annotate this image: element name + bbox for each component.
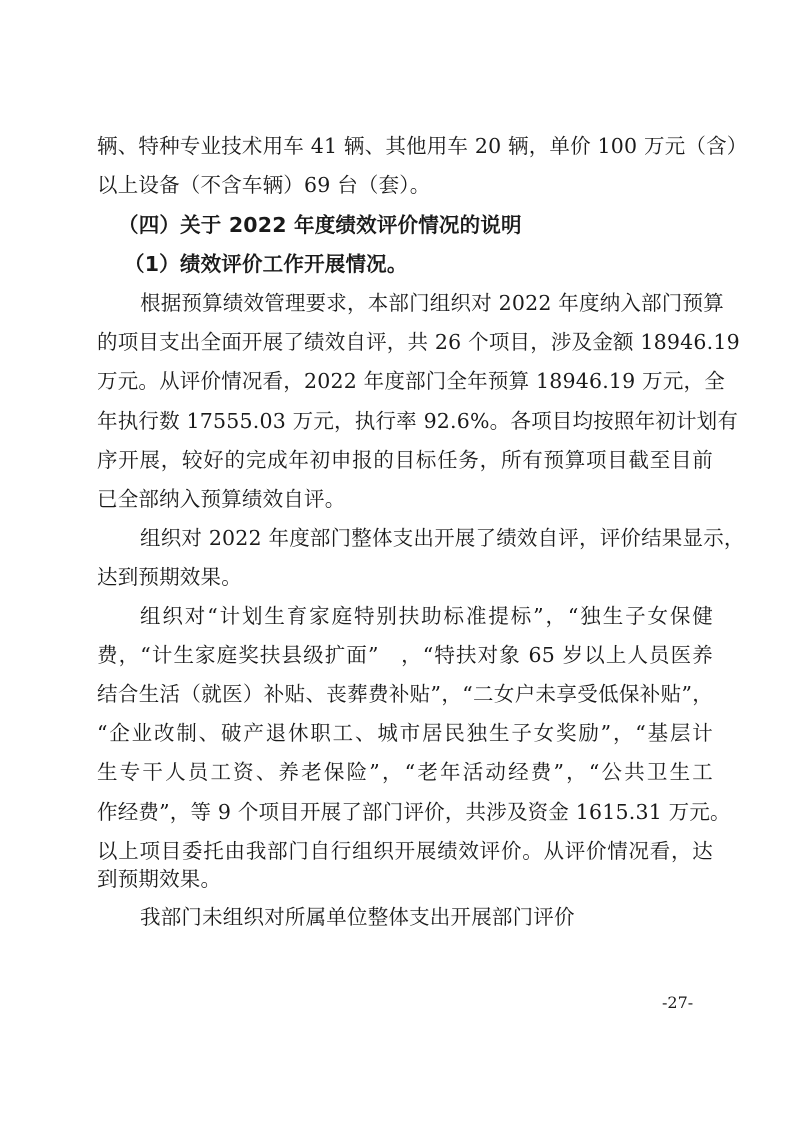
page-number: -27- bbox=[662, 993, 693, 1013]
body-text-line: 组织对 2022 年度部门整体支出开展了绩效自评，评价结果显示， bbox=[140, 525, 713, 551]
body-text-line: 以上设备（不含车辆）69 台（套）。 bbox=[97, 172, 713, 198]
body-text-line: “企业改制、破产退休职工、城市居民独生子女奖励”，“基层计 bbox=[97, 720, 713, 746]
body-text-line: 作经费”，等 9 个项目开展了部门评价，共涉及资金 1615.31 万元。 bbox=[97, 799, 713, 825]
body-text-line: 序开展，较好的完成年初申报的目标任务，所有预算项目截至目前 bbox=[97, 447, 713, 473]
body-text-line: 的项目支出全面开展了绩效自评，共 26 个项目，涉及金额 18946.19 bbox=[97, 329, 713, 355]
body-text-line: 到预期效果。 bbox=[97, 866, 713, 892]
body-text-line: 已全部纳入预算绩效自评。 bbox=[97, 486, 713, 512]
section-heading: （四）关于 2022 年度绩效评价情况的说明 bbox=[118, 212, 522, 238]
document-page: 辆、特种专业技术用车 41 辆、其他用车 20 辆，单价 100 万元（含） 以… bbox=[0, 0, 793, 1122]
body-text-line: 生专干人员工资、养老保险”，“老年活动经费”，“公共卫生工 bbox=[97, 759, 713, 785]
body-text-line: 达到预期效果。 bbox=[97, 564, 713, 590]
body-text-line: 费，“计生家庭奖扶县级扩面” ，“特扶对象 65 岁以上人员医养 bbox=[97, 642, 713, 668]
body-text-line: 年执行数 17555.03 万元，执行率 92.6%。各项目均按照年初计划有 bbox=[97, 408, 713, 434]
body-text-line: 我部门未组织对所属单位整体支出开展部门评价 bbox=[140, 904, 713, 930]
body-text-line: 以上项目委托由我部门自行组织开展绩效评价。从评价情况看，达 bbox=[97, 838, 713, 864]
body-text-line: 组织对“计划生育家庭特别扶助标准提标”，“独生子女保健 bbox=[140, 603, 713, 629]
body-text-line: 根据预算绩效管理要求，本部门组织对 2022 年度纳入部门预算 bbox=[140, 290, 713, 316]
subsection-heading: （1）绩效评价工作开展情况。 bbox=[124, 251, 408, 277]
body-text-line: 结合生活（就医）补贴、丧葬费补贴”，“二女户未享受低保补贴”， bbox=[97, 681, 713, 707]
body-text-line: 万元。从评价情况看，2022 年度部门全年预算 18946.19 万元，全 bbox=[97, 368, 713, 394]
body-text-line: 辆、特种专业技术用车 41 辆、其他用车 20 辆，单价 100 万元（含） bbox=[97, 133, 713, 159]
